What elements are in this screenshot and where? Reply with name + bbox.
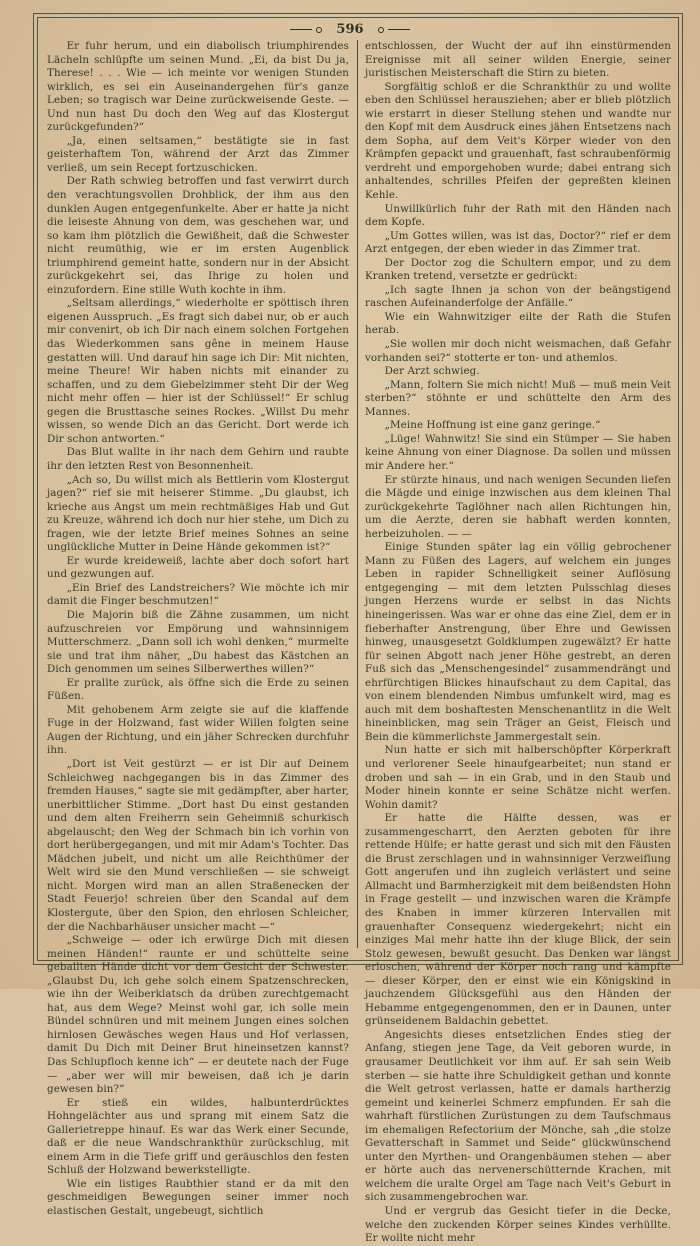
paragraph: Er stürzte hinaus, und nach wenigen Secu… [365, 474, 671, 542]
paragraph: Sorgfältig schloß er die Schrankthür zu … [365, 81, 671, 203]
page-header: 596 [0, 22, 700, 37]
paragraph: Unwillkürlich fuhr der Rath mit den Händ… [365, 203, 671, 230]
paragraph: Er fuhr herum, und ein diabolisch triump… [47, 40, 349, 135]
paragraph: Mit gehobenem Arm zeigte sie auf die kla… [47, 704, 349, 758]
paragraph: „Um Gottes willen, was ist das, Doctor?“… [365, 230, 671, 257]
paragraph: Das Blut wallte in ihr nach dem Gehirn u… [47, 446, 349, 473]
paragraph: „Schweige — oder ich erwürge Dich mit di… [47, 934, 349, 989]
paragraph: „Meine Hoffnung ist eine ganz geringe.“ [365, 419, 671, 433]
column-divider [357, 40, 358, 948]
paragraph: „Ein Brief des Landstreichers? Wie möcht… [47, 582, 349, 609]
paragraph: „Ja, einen seltsamen,“ bestätigte sie in… [47, 135, 349, 176]
paragraph: Einige Stunden später lag ein völlig geb… [365, 541, 671, 744]
left-column: Er fuhr herum, und ein diabolisch triump… [47, 40, 349, 989]
paragraph: „Lüge! Wahnwitz! Sie sind ein Stümper — … [365, 433, 671, 474]
header-rule-right [388, 29, 410, 30]
paragraph: Der Rath schwieg betroffen und fast verw… [47, 175, 349, 297]
paragraph: „Mann, foltern Sie mich nicht! Muß — muß… [365, 379, 671, 420]
paragraph-continuation: entschlossen, der Wucht der auf ihn eins… [365, 40, 671, 81]
paragraph: „Dort ist Veit gestürzt — er ist Dir auf… [47, 758, 349, 934]
paragraph: Er hatte die Hälfte dessen, was er zusam… [365, 812, 671, 989]
paragraph: Der Doctor zog die Schultern empor, und … [365, 257, 671, 284]
magazine-page: 596 Er fuhr herum, und ein diabolisch tr… [0, 0, 700, 989]
paragraph: „Ich sagte Ihnen ja schon von der beängs… [365, 284, 671, 311]
paragraph: Die Majorin biß die Zähne zusammen, um n… [47, 609, 349, 677]
paragraph: „Ach so, Du willst mich als Bettlerin vo… [47, 474, 349, 555]
header-ornament-right-icon [378, 27, 384, 33]
paragraph: Er prallte zurück, als öffne sich die Er… [47, 677, 349, 704]
page-number: 596 [336, 22, 363, 37]
paragraph: „Seltsam allerdings,“ wiederholte er spö… [47, 297, 349, 446]
right-column: entschlossen, der Wucht der auf ihn eins… [365, 40, 671, 989]
paragraph: Der Arzt schwieg. [365, 365, 671, 379]
paragraph: „Sie wollen mir doch nicht weismachen, d… [365, 338, 671, 365]
paragraph: Nun hatte er sich mit halberschöpfter Kö… [365, 744, 671, 812]
paragraph: Er wurde kreideweiß, lachte aber doch so… [47, 555, 349, 582]
paragraph: Wie ein Wahnwitziger eilte der Rath die … [365, 311, 671, 338]
header-ornament-left-icon [316, 27, 322, 33]
header-rule-left [290, 29, 312, 30]
